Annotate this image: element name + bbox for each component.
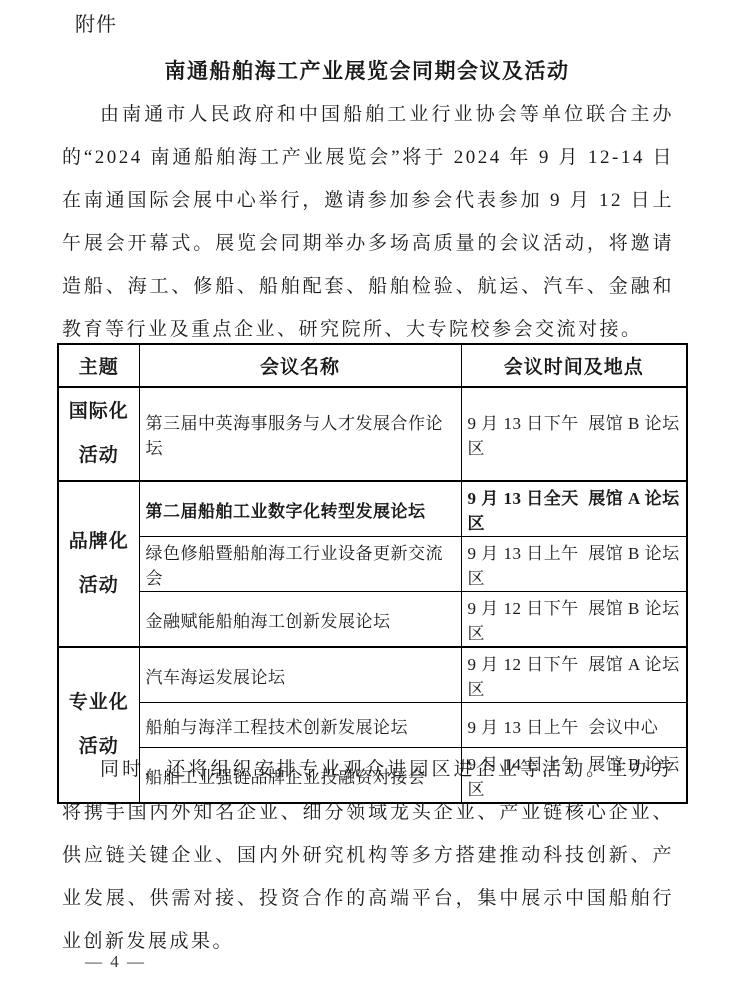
header-cell-conference-name: 会议名称 bbox=[139, 344, 461, 387]
time-location-cell: 9 月 13 日全天 展馆 A 论坛区 bbox=[461, 481, 687, 537]
attachment-label: 附件 bbox=[75, 8, 117, 37]
header-cell-time-location: 会议时间及地点 bbox=[461, 344, 687, 387]
table-row: 品牌化活动 第二届船舶工业数字化转型发展论坛 9 月 13 日全天 展馆 A 论… bbox=[58, 481, 687, 537]
conference-schedule-table: 主题 会议名称 会议时间及地点 国际化活动 第三届中英海事服务与人才发展合作论坛… bbox=[57, 343, 688, 804]
page-title: 南通船舶海工产业展览会同期会议及活动 bbox=[0, 55, 734, 85]
conference-name-cell: 金融赋能船舶海工创新发展论坛 bbox=[139, 592, 461, 648]
conference-name-cell: 汽车海运发展论坛 bbox=[139, 647, 461, 703]
conference-name-cell: 第三届中英海事服务与人才发展合作论坛 bbox=[139, 387, 461, 481]
time-location-cell: 9 月 12 日下午 展馆 B 论坛区 bbox=[461, 592, 687, 648]
theme-cell-international: 国际化活动 bbox=[58, 387, 139, 481]
conference-name-cell: 第二届船舶工业数字化转型发展论坛 bbox=[139, 481, 461, 537]
page-number: — 4 — bbox=[85, 952, 146, 972]
intro-paragraph: 由南通市人民政府和中国船舶工业行业协会等单位联合主办的“2024 南通船舶海工产… bbox=[62, 93, 674, 351]
conference-name-cell: 船舶与海洋工程技术创新发展论坛 bbox=[139, 703, 461, 748]
time-location-cell: 9 月 12 日下午 展馆 A 论坛区 bbox=[461, 647, 687, 703]
closing-paragraph: 同时，还将组织安排专业观众进园区进企业等活动。主办方将携手国内外知名企业、细分领… bbox=[62, 748, 674, 963]
document-page: 附件 南通船舶海工产业展览会同期会议及活动 由南通市人民政府和中国船舶工业行业协… bbox=[0, 0, 734, 984]
time-location-cell: 9 月 13 日上午 会议中心 bbox=[461, 703, 687, 748]
table-row: 金融赋能船舶海工创新发展论坛 9 月 12 日下午 展馆 B 论坛区 bbox=[58, 592, 687, 648]
table-row: 绿色修船暨船舶海工行业设备更新交流会 9 月 13 日上午 展馆 B 论坛区 bbox=[58, 537, 687, 592]
time-location-cell: 9 月 13 日上午 展馆 B 论坛区 bbox=[461, 537, 687, 592]
time-location-cell: 9 月 13 日下午 展馆 B 论坛区 bbox=[461, 387, 687, 481]
conference-name-cell: 绿色修船暨船舶海工行业设备更新交流会 bbox=[139, 537, 461, 592]
table-row: 国际化活动 第三届中英海事服务与人才发展合作论坛 9 月 13 日下午 展馆 B… bbox=[58, 387, 687, 481]
table-row: 专业化活动 汽车海运发展论坛 9 月 12 日下午 展馆 A 论坛区 bbox=[58, 647, 687, 703]
header-cell-theme: 主题 bbox=[58, 344, 139, 387]
table-header-row: 主题 会议名称 会议时间及地点 bbox=[58, 344, 687, 387]
theme-cell-brand: 品牌化活动 bbox=[58, 481, 139, 647]
table-row: 船舶与海洋工程技术创新发展论坛 9 月 13 日上午 会议中心 bbox=[58, 703, 687, 748]
